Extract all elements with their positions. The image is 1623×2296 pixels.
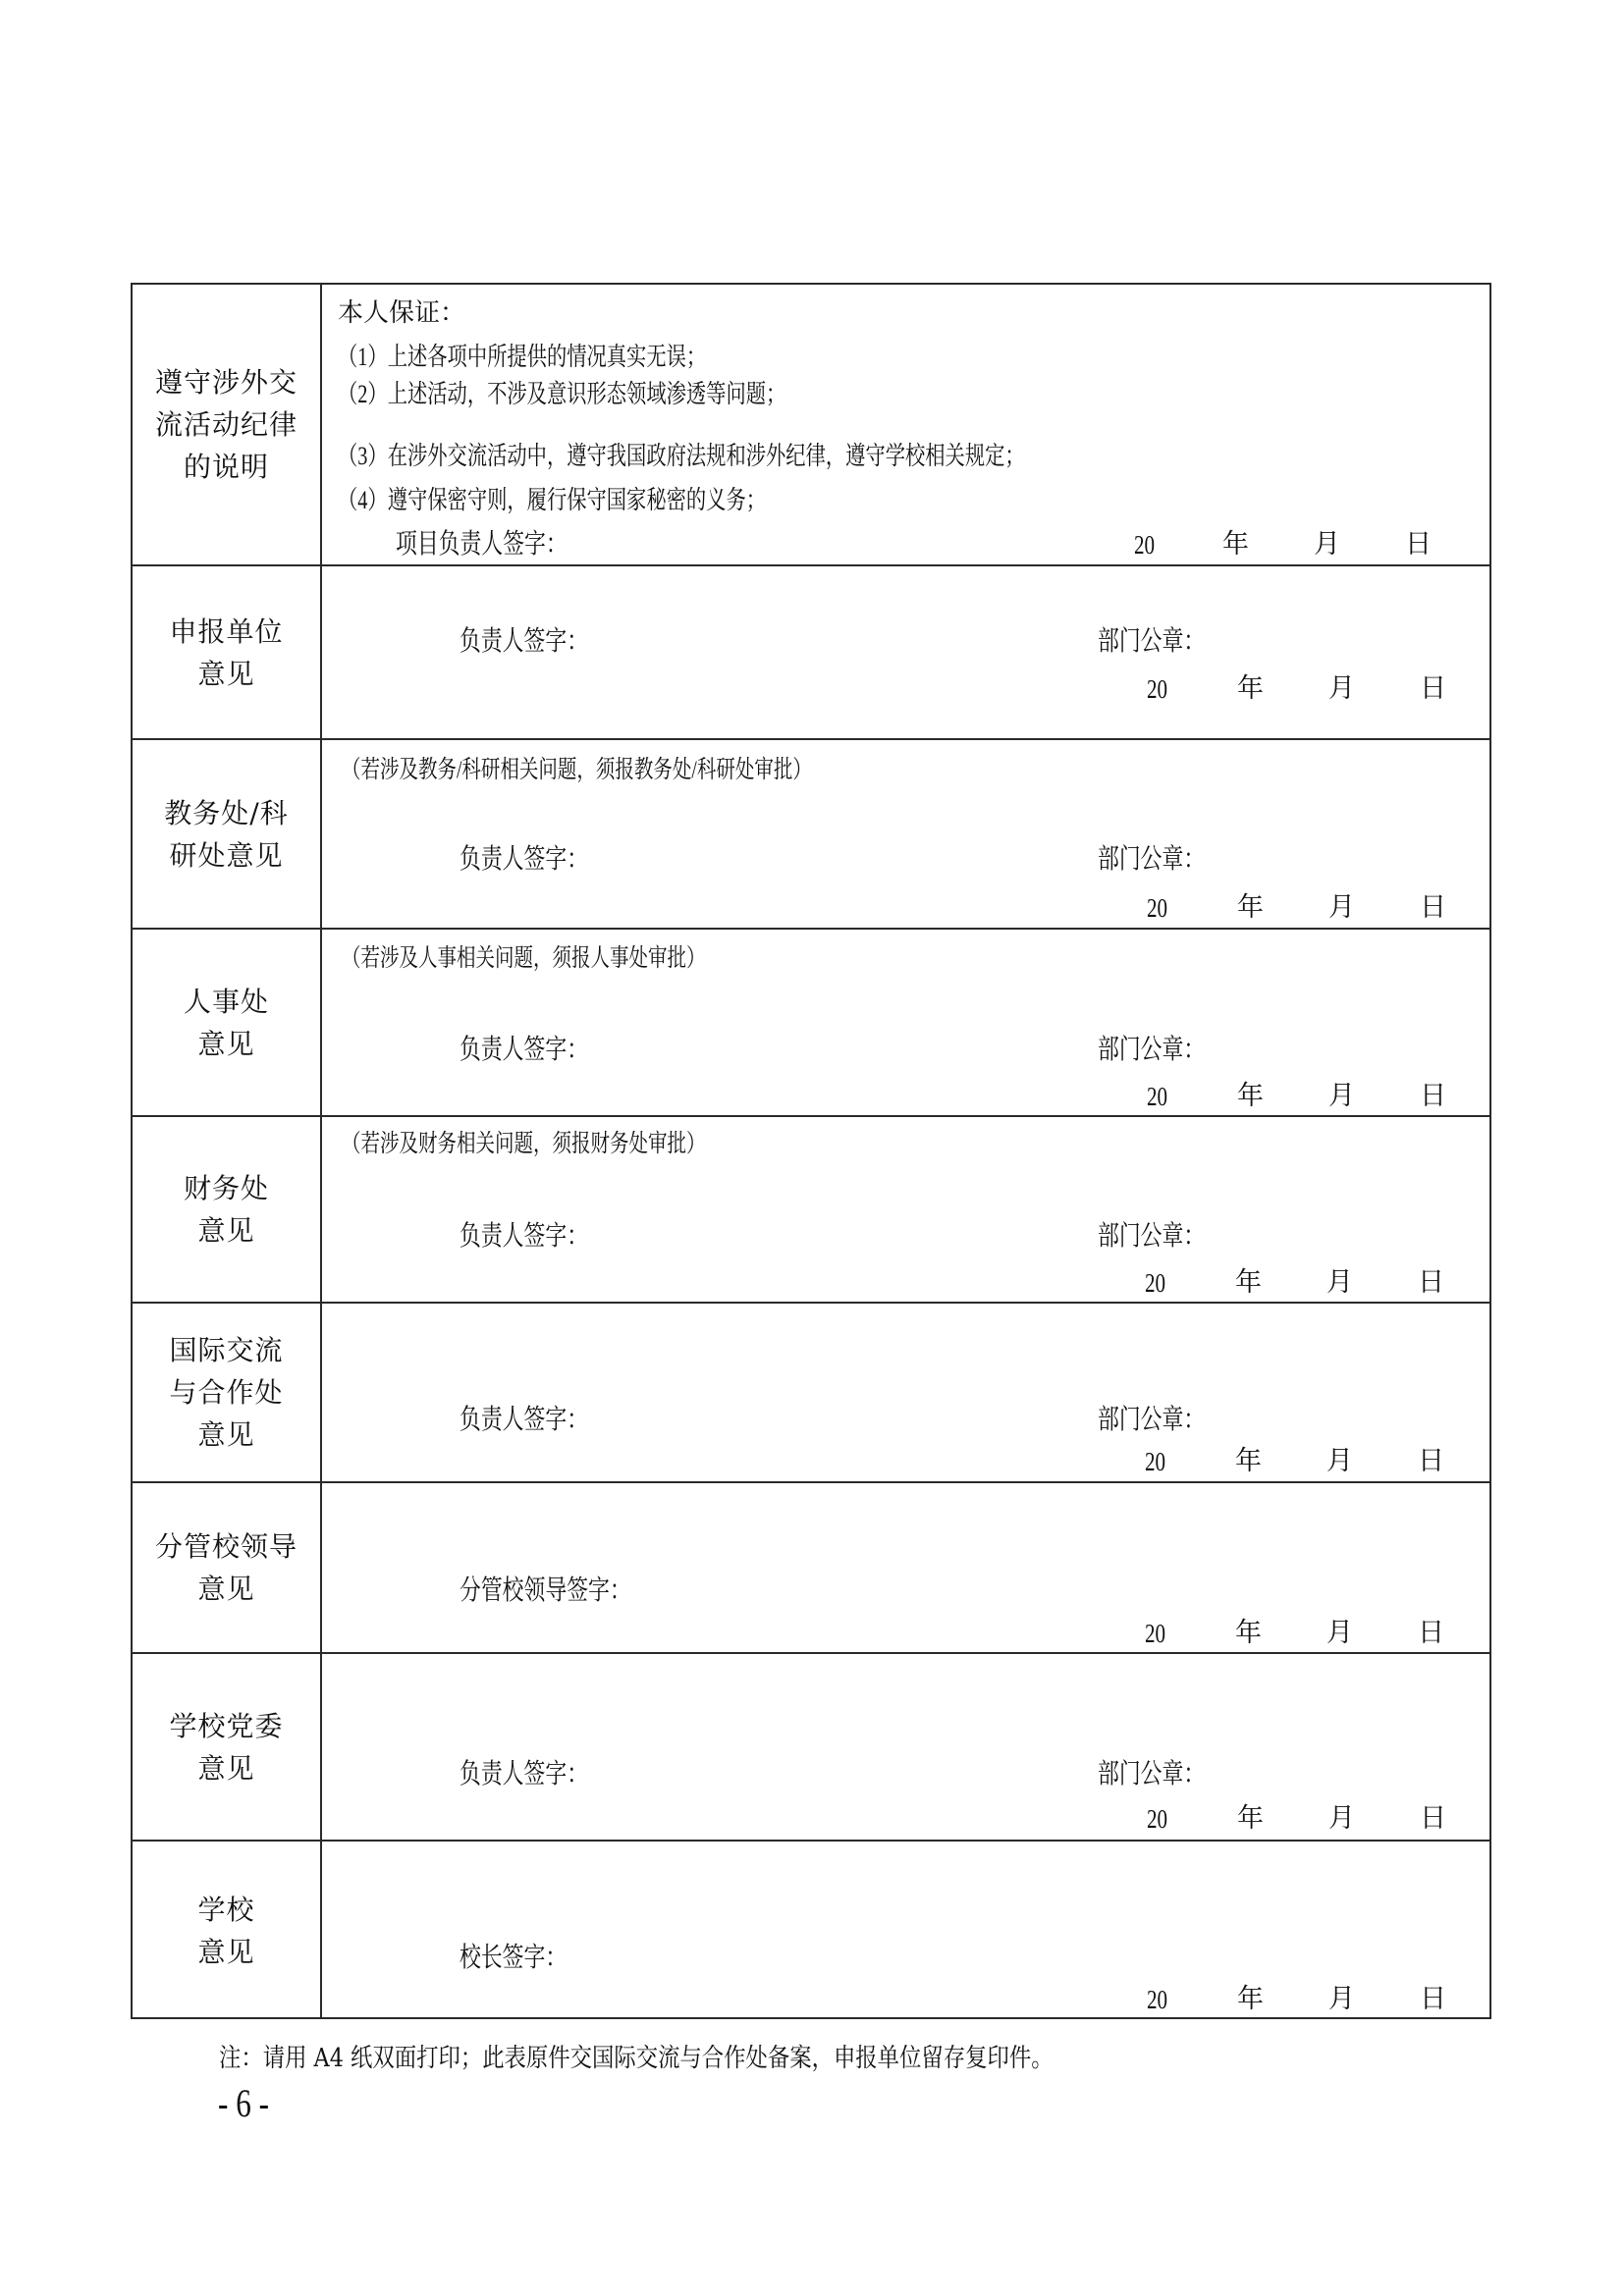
department-seal-label: 部门公章：	[1098, 627, 1205, 657]
row-content-cell: 负责人签字： 部门公章： 20 年 月 日	[322, 1304, 1489, 1481]
row-label-line: 分管校领导	[155, 1525, 298, 1568]
date-year-prefix: 20	[1145, 1447, 1165, 1476]
row-label-line: 流活动纪律	[155, 403, 298, 446]
date-year-prefix: 20	[1145, 1619, 1165, 1648]
table-row-school: 学校 意见 校长签字： 20 年 月 日	[133, 1840, 1489, 2019]
row-label-line: 学校	[197, 1889, 254, 1931]
row-label-line: 学校党委	[169, 1705, 283, 1747]
date-year-label: 年	[1237, 1082, 1264, 1111]
date-year-label: 年	[1235, 1619, 1262, 1648]
guarantee-item: （2）上述活动，不涉及意识形态领域渗透等问题；	[338, 380, 785, 409]
row-content-cell: （若涉及财务相关问题，须报财务处审批） 负责人签字： 部门公章： 20 年 月 …	[322, 1117, 1489, 1302]
page-number: - 6 -	[218, 2081, 269, 2126]
date-year-prefix: 20	[1145, 1268, 1165, 1298]
row-label-cell: 申报单位 意见	[133, 566, 322, 738]
date-year-label: 年	[1237, 674, 1264, 704]
table-row-academic-research-office: 教务处/科 研处意见 （若涉及教务/科研相关问题，须报教务处/科研处审批） 负责…	[133, 738, 1489, 928]
signature-label: 负责人签字：	[460, 845, 588, 875]
table-row-personnel-office: 人事处 意见 （若涉及人事相关问题，须报人事处审批） 负责人签字： 部门公章： …	[133, 928, 1489, 1115]
row-content-cell: （若涉及教务/科研相关问题，须报教务处/科研处审批） 负责人签字： 部门公章： …	[322, 740, 1489, 928]
table-row-international-office: 国际交流 与合作处 意见 负责人签字： 部门公章： 20 年 月 日	[133, 1302, 1489, 1481]
row-label-cell: 财务处 意见	[133, 1117, 322, 1302]
date-day-label: 日	[1420, 674, 1446, 704]
date-year-prefix: 20	[1147, 674, 1167, 704]
date-month-label: 月	[1328, 674, 1355, 704]
guarantee-intro: 本人保证：	[338, 298, 465, 328]
date-year-label: 年	[1222, 530, 1249, 560]
guarantee-item: （4）遵守保密守则，履行保守国家秘密的义务；	[338, 486, 766, 515]
date-day-label: 日	[1418, 1619, 1444, 1648]
signature-label: 负责人签字：	[460, 1760, 588, 1789]
row-label-cell: 学校 意见	[133, 1842, 322, 2019]
guarantee-item: （3）在涉外交流活动中，遵守我国政府法规和涉外纪律，遵守学校相关规定；	[338, 442, 1025, 471]
date-month-label: 月	[1326, 1619, 1353, 1648]
date-day-label: 日	[1405, 530, 1432, 560]
date-year-label: 年	[1237, 1804, 1264, 1834]
date-day-label: 日	[1418, 1268, 1444, 1298]
president-signature-label: 校长签字：	[460, 1944, 567, 1973]
date-year-label: 年	[1235, 1268, 1262, 1298]
table-row-discipline-statement: 遵守涉外交 流活动纪律 的说明 本人保证： （1）上述各项中所提供的情况真实无误…	[133, 285, 1489, 564]
date-month-label: 月	[1328, 1082, 1355, 1111]
approval-form-table: 遵守涉外交 流活动纪律 的说明 本人保证： （1）上述各项中所提供的情况真实无误…	[131, 283, 1491, 2019]
row-label-line: 国际交流	[169, 1329, 283, 1371]
department-seal-label: 部门公章：	[1098, 845, 1205, 875]
date-year-prefix: 20	[1147, 893, 1167, 923]
table-row-party-committee: 学校党委 意见 负责人签字： 部门公章： 20 年 月 日	[133, 1652, 1489, 1840]
row-content-cell: 负责人签字： 部门公章： 20 年 月 日	[322, 1654, 1489, 1840]
row-label-line: 遵守涉外交	[155, 361, 298, 403]
row-label-line: 人事处	[184, 981, 269, 1023]
date-year-prefix: 20	[1147, 1985, 1167, 2014]
row-content-cell: 分管校领导签字： 20 年 月 日	[322, 1483, 1489, 1652]
date-year-label: 年	[1237, 893, 1264, 923]
date-day-label: 日	[1418, 1447, 1444, 1476]
leader-signature-label: 分管校领导签字：	[460, 1576, 631, 1606]
row-content-cell: 校长签字： 20 年 月 日	[322, 1842, 1489, 2019]
row-label-cell: 学校党委 意见	[133, 1654, 322, 1840]
date-month-label: 月	[1328, 1804, 1355, 1834]
row-label-line: 财务处	[184, 1167, 269, 1209]
date-year-label: 年	[1235, 1447, 1262, 1476]
signature-label: 负责人签字：	[460, 1406, 588, 1435]
date-month-label: 月	[1314, 530, 1340, 560]
date-day-label: 日	[1420, 1985, 1446, 2014]
approval-note: （若涉及财务相关问题，须报财务处审批）	[342, 1130, 706, 1159]
table-row-finance-office: 财务处 意见 （若涉及财务相关问题，须报财务处审批） 负责人签字： 部门公章： …	[133, 1115, 1489, 1302]
row-content-cell: 本人保证： （1）上述各项中所提供的情况真实无误； （2）上述活动，不涉及意识形…	[322, 285, 1489, 564]
row-label-line: 申报单位	[169, 611, 283, 653]
date-month-label: 月	[1326, 1447, 1353, 1476]
row-label-cell: 教务处/科 研处意见	[133, 740, 322, 928]
row-label-line: 意见	[197, 1747, 254, 1789]
row-label-line: 意见	[197, 1568, 254, 1610]
date-month-label: 月	[1328, 1985, 1355, 2014]
row-label-line: 的说明	[184, 446, 269, 488]
department-seal-label: 部门公章：	[1098, 1222, 1205, 1252]
guarantee-item: （1）上述各项中所提供的情况真实无误；	[338, 343, 706, 372]
table-row-applicant-unit: 申报单位 意见 负责人签字： 部门公章： 20 年 月 日	[133, 564, 1489, 738]
approval-note: （若涉及人事相关问题，须报人事处审批）	[342, 944, 706, 974]
signature-label: 负责人签字：	[460, 1222, 588, 1252]
row-label-cell: 人事处 意见	[133, 930, 322, 1115]
date-month-label: 月	[1326, 1268, 1353, 1298]
row-label-line: 意见	[197, 1023, 254, 1065]
row-label-line: 意见	[197, 1414, 254, 1456]
row-label-cell: 遵守涉外交 流活动纪律 的说明	[133, 285, 322, 564]
footer-note: 注：请用 A4 纸双面打印；此表原件交国际交流与合作处备案，申报单位留存复印件。	[219, 2038, 1054, 2074]
table-row-supervising-leader: 分管校领导 意见 分管校领导签字： 20 年 月 日	[133, 1481, 1489, 1652]
date-day-label: 日	[1420, 1082, 1446, 1111]
row-label-line: 意见	[197, 653, 254, 695]
date-day-label: 日	[1420, 893, 1446, 923]
row-label-line: 教务处/科	[164, 792, 288, 834]
approval-note: （若涉及教务/科研相关问题，须报教务处/科研处审批）	[342, 756, 812, 785]
row-label-line: 与合作处	[169, 1371, 283, 1414]
date-day-label: 日	[1420, 1804, 1446, 1834]
row-label-cell: 国际交流 与合作处 意见	[133, 1304, 322, 1481]
date-year-prefix: 20	[1134, 530, 1155, 560]
signature-label: 负责人签字：	[460, 1036, 588, 1065]
row-content-cell: （若涉及人事相关问题，须报人事处审批） 负责人签字： 部门公章： 20 年 月 …	[322, 930, 1489, 1115]
row-content-cell: 负责人签字： 部门公章： 20 年 月 日	[322, 566, 1489, 738]
signature-label: 负责人签字：	[460, 627, 588, 657]
date-month-label: 月	[1328, 893, 1355, 923]
department-seal-label: 部门公章：	[1098, 1406, 1205, 1435]
row-label-line: 意见	[197, 1931, 254, 1973]
project-leader-signature-label: 项目负责人签字：	[396, 530, 568, 560]
document-page: 遵守涉外交 流活动纪律 的说明 本人保证： （1）上述各项中所提供的情况真实无误…	[0, 0, 1623, 2296]
row-label-cell: 分管校领导 意见	[133, 1483, 322, 1652]
row-label-line: 研处意见	[169, 834, 283, 877]
department-seal-label: 部门公章：	[1098, 1036, 1205, 1065]
department-seal-label: 部门公章：	[1098, 1760, 1205, 1789]
date-year-label: 年	[1237, 1985, 1264, 2014]
date-year-prefix: 20	[1147, 1082, 1167, 1111]
date-year-prefix: 20	[1147, 1804, 1167, 1834]
row-label-line: 意见	[197, 1209, 254, 1252]
